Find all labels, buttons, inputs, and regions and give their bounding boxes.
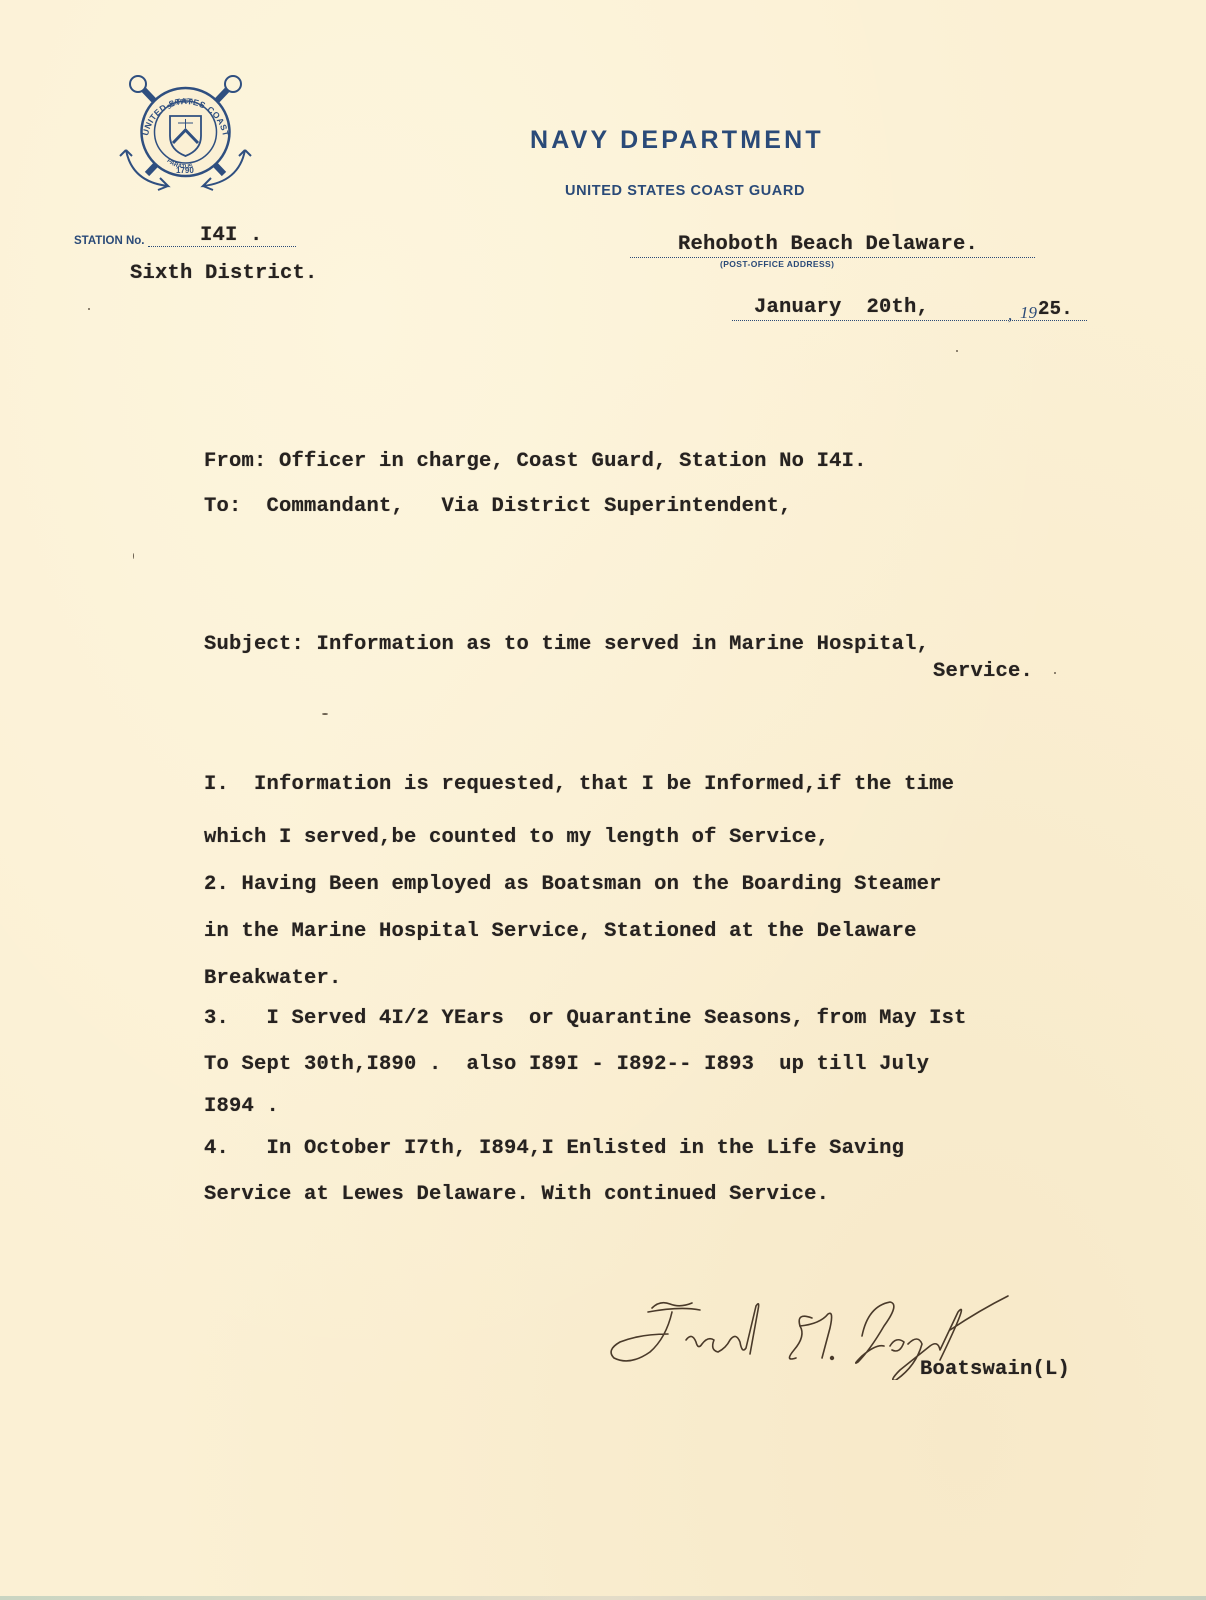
body-line: To Sept 30th,I890 . also I89I - I892-- I… — [204, 1053, 929, 1076]
body-line: which I served,be counted to my length o… — [204, 826, 829, 849]
letter-page: UNITED STATES COAST GUARD SEMPER PARATUS… — [0, 0, 1206, 1600]
from-line: From: Officer in charge, Coast Guard, St… — [204, 450, 867, 473]
body-line: I894 . — [204, 1095, 279, 1118]
date-month-day: January 20th, — [754, 296, 929, 319]
address-dotted-line — [630, 257, 1035, 258]
subject-line-1: Subject: Information as to time served i… — [204, 633, 929, 656]
body-line: I. Information is requested, that I be I… — [204, 773, 954, 796]
to-line: To: Commandant, Via District Superintend… — [204, 495, 792, 518]
date-year-typed: 25. — [1038, 298, 1073, 320]
date-comma: , — [1008, 305, 1012, 325]
svg-text:1790: 1790 — [176, 166, 194, 175]
body-line: Service at Lewes Delaware. With continue… — [204, 1183, 829, 1206]
paper-speck — [133, 553, 134, 559]
paper-speck — [88, 308, 90, 310]
letterhead-subtitle: UNITED STATES COAST GUARD — [565, 183, 805, 199]
body-line: 2. Having Been employed as Boatsman on t… — [204, 873, 942, 896]
body-line: 3. I Served 4I/2 YEars or Quarantine Sea… — [204, 1007, 967, 1030]
post-office-address-label: (POST-OFFICE ADDRESS) — [720, 259, 834, 269]
station-label: STATION No. — [74, 235, 144, 247]
body-line: Breakwater. — [204, 967, 342, 990]
paper-speck — [1054, 672, 1056, 674]
post-office-address: Rehoboth Beach Delaware. — [678, 233, 978, 256]
station-district: Sixth District. — [130, 262, 318, 285]
letterhead-title: NAVY DEPARTMENT — [530, 126, 824, 155]
signature-title: Boatswain(L) — [920, 1358, 1070, 1381]
paper-bottom-edge — [0, 1596, 1206, 1600]
coast-guard-seal-icon: UNITED STATES COAST GUARD SEMPER PARATUS… — [118, 70, 253, 200]
body-line: 4. In October I7th, I894,I Enlisted in t… — [204, 1137, 904, 1160]
body-line: in the Marine Hospital Service, Statione… — [204, 920, 917, 943]
date-year-prefix: 19 — [1020, 303, 1037, 323]
subject-line-2: Service. — [933, 660, 1033, 683]
paper-speck — [322, 713, 328, 715]
paper-speck — [956, 350, 958, 352]
station-number: I4I . — [200, 224, 263, 247]
